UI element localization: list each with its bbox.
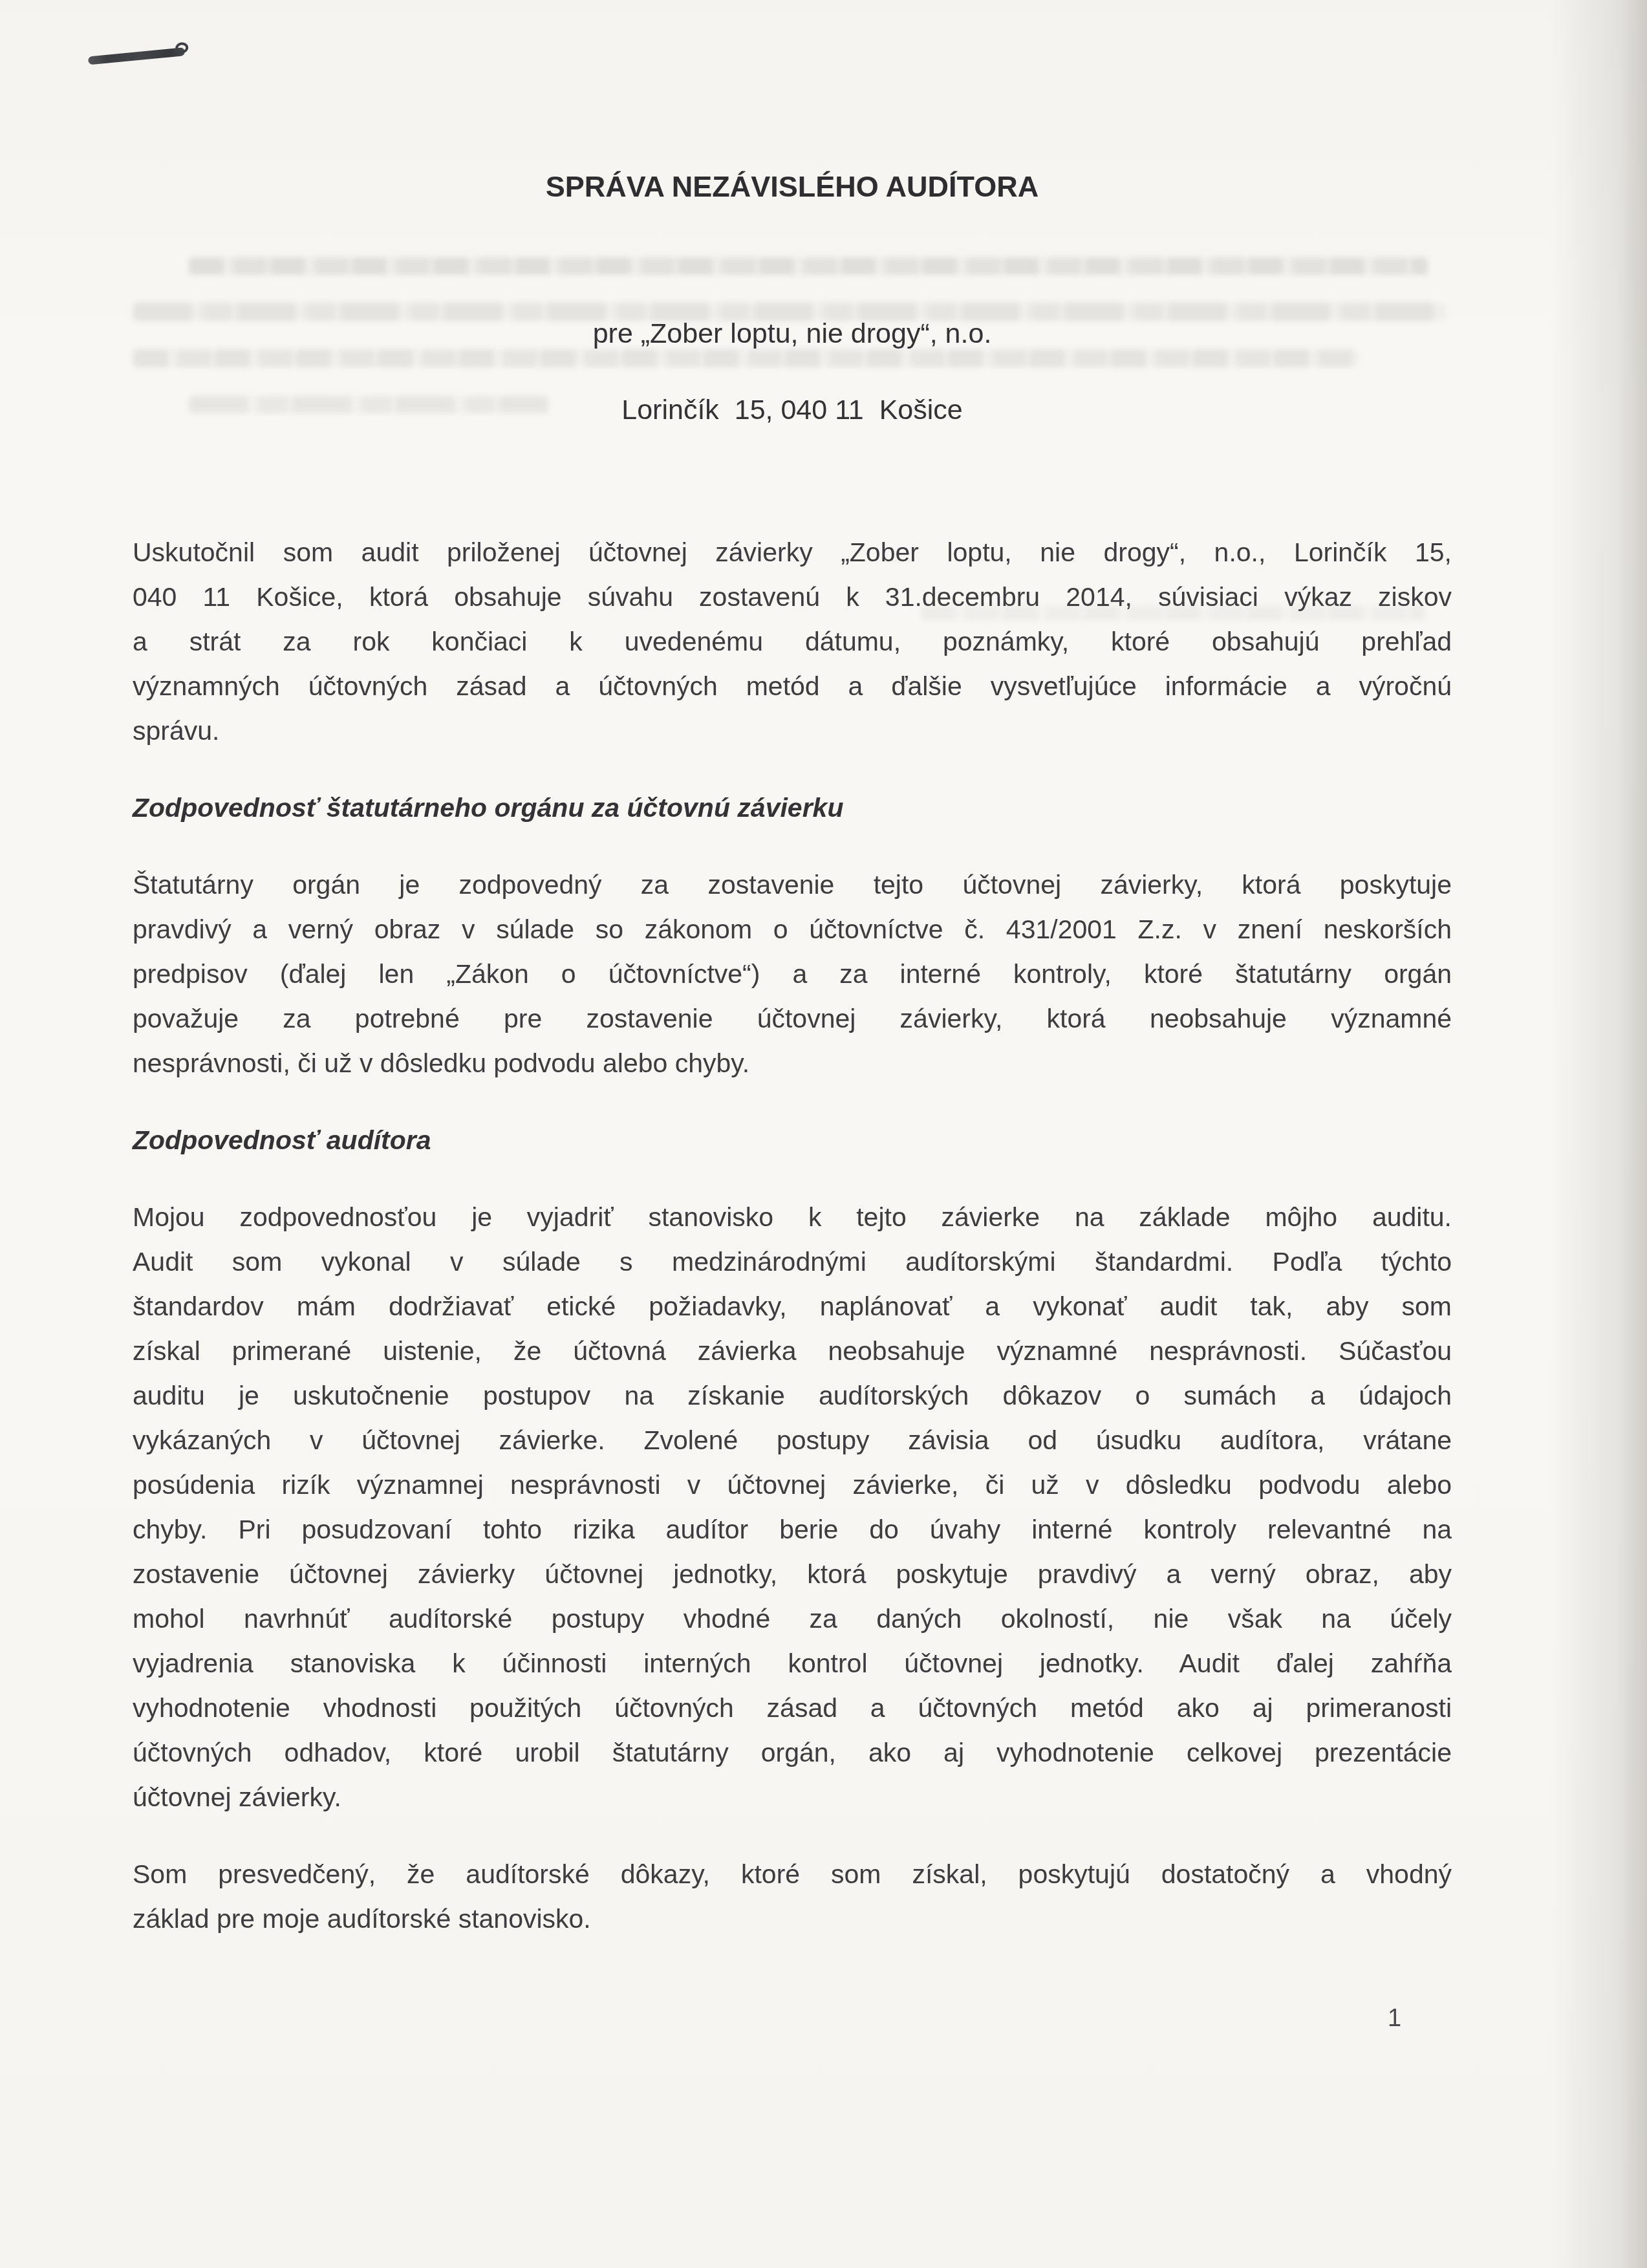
paragraph-line: získal primerané uistenie, že účtovná zá… xyxy=(133,1329,1452,1374)
section-heading: Zodpovednosť štatutárneho orgánu za účto… xyxy=(133,786,1452,830)
paragraph-line: vyjadrenia stanoviska k účinnosti intern… xyxy=(133,1641,1452,1686)
paragraph-line: chyby. Pri posudzovaní tohto rizika audí… xyxy=(133,1507,1452,1552)
paragraph-line: správu. xyxy=(133,709,1452,753)
paragraph: Mojou zodpovednosťou je vyjadriť stanovi… xyxy=(133,1195,1452,1820)
paragraph-line: Uskutočnil som audit priloženej účtovnej… xyxy=(133,530,1452,575)
document-content: SPRÁVA NEZÁVISLÉHO AUDÍTORA pre „Zober l… xyxy=(0,0,1647,1941)
paragraph-line: účtovných odhadov, ktoré urobil štatutár… xyxy=(133,1731,1452,1775)
paragraph-line: predpisov (ďalej len „Zákon o účtovníctv… xyxy=(133,952,1452,997)
paragraph: Uskutočnil som audit priloženej účtovnej… xyxy=(133,530,1452,753)
paragraph-line: Audit som vykonal v súlade s medzinárodn… xyxy=(133,1240,1452,1284)
paragraph-line: auditu je uskutočnenie postupov na získa… xyxy=(133,1374,1452,1418)
paragraph-line: nesprávnosti, či už v dôsledku podvodu a… xyxy=(133,1041,1452,1086)
paragraph-line: vyhodnotenie vhodnosti použitých účtovný… xyxy=(133,1686,1452,1731)
paragraph-line: Mojou zodpovednosťou je vyjadriť stanovi… xyxy=(133,1195,1452,1240)
page-number: 1 xyxy=(1388,2003,1401,2033)
paragraph-line: zostavenie účtovnej závierky účtovnej je… xyxy=(133,1552,1452,1597)
paragraph: Som presvedčený, že audítorské dôkazy, k… xyxy=(133,1852,1452,1941)
paragraph-line: vykázaných v účtovnej závierke. Zvolené … xyxy=(133,1418,1452,1463)
address-line: Lorinčík 15, 040 11 Košice xyxy=(133,392,1452,428)
paragraph: Štatutárny orgán je zodpovedný za zostav… xyxy=(133,863,1452,1086)
paragraph-line: základ pre moje audítorské stanovisko. xyxy=(133,1897,1452,1941)
scan-edge-shadow xyxy=(1550,0,1647,2268)
paragraph-line: 040 11 Košice, ktorá obsahuje súvahu zos… xyxy=(133,575,1452,620)
paragraph-line: pravdivý a verný obraz v súlade so zákon… xyxy=(133,907,1452,952)
paragraph-line: posúdenia rizík významnej nesprávnosti v… xyxy=(133,1463,1452,1507)
paragraph-line: štandardov mám dodržiavať etické požiada… xyxy=(133,1284,1452,1329)
recipient-line: pre „Zober loptu, nie drogy“, n.o. xyxy=(133,316,1452,352)
scanned-document-page: SPRÁVA NEZÁVISLÉHO AUDÍTORA pre „Zober l… xyxy=(0,0,1647,2268)
paragraph-line: významných účtovných zásad a účtovných m… xyxy=(133,664,1452,709)
report-title: SPRÁVA NEZÁVISLÉHO AUDÍTORA xyxy=(133,0,1452,207)
report-body: Uskutočnil som audit priloženej účtovnej… xyxy=(133,530,1452,1941)
paragraph-line: Štatutárny orgán je zodpovedný za zostav… xyxy=(133,863,1452,907)
paragraph-line: Som presvedčený, že audítorské dôkazy, k… xyxy=(133,1852,1452,1897)
section-heading: Zodpovednosť audítora xyxy=(133,1118,1452,1163)
paragraph-line: mohol navrhnúť audítorské postupy vhodné… xyxy=(133,1597,1452,1641)
paragraph-line: a strát za rok končiaci k uvedenému dátu… xyxy=(133,620,1452,664)
paragraph-line: považuje za potrebné pre zostavenie účto… xyxy=(133,997,1452,1041)
paragraph-line: účtovnej závierky. xyxy=(133,1775,1452,1820)
